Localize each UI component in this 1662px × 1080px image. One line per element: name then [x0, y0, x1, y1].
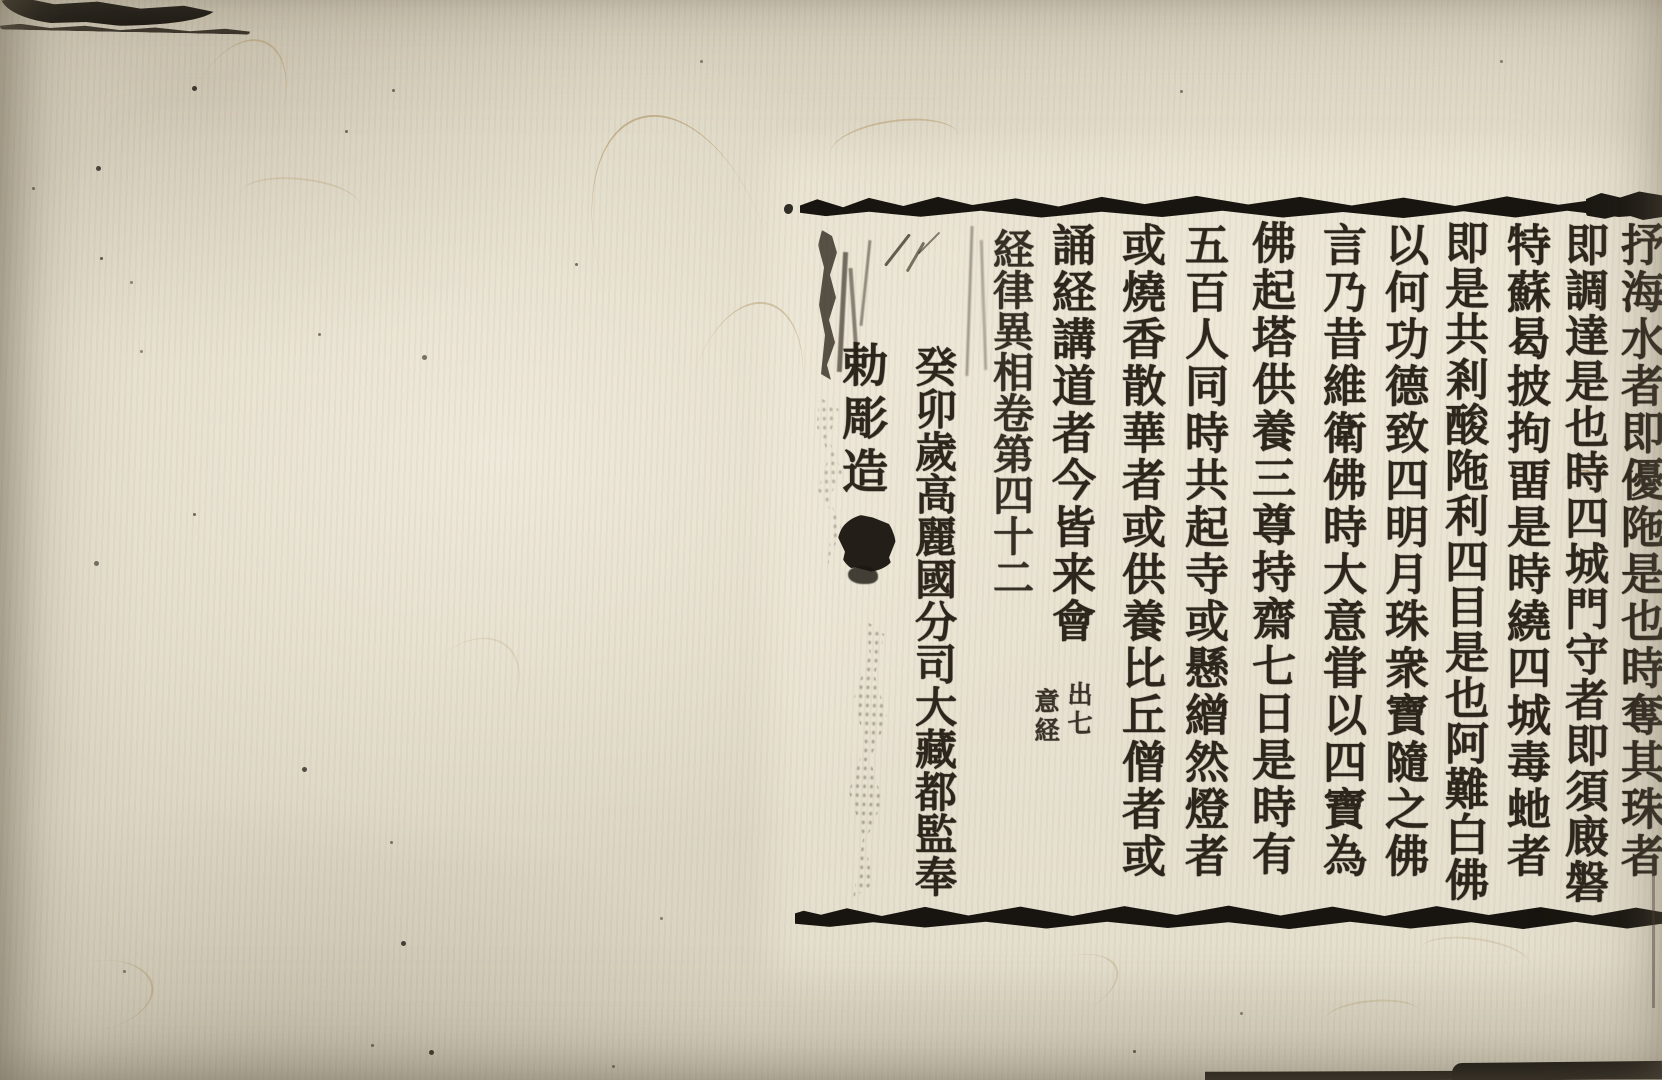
sutra-text-column-4: 即是共剎酸陁利四目是也阿難白佛: [1440, 220, 1484, 903]
source-note-column-left: 意経: [1033, 688, 1058, 746]
sutra-text-column-6: 言乃昔維衛佛時大意甞以四寶為: [1318, 222, 1362, 880]
paper-fiber: [238, 172, 362, 228]
colophon-year-column: 癸卯歲高麗國分司大藏都監奉: [912, 345, 954, 898]
sutra-text-column-8: 五百人同時共起寺或懸繒然燈者: [1180, 222, 1224, 880]
photo-dark-edge-corner: [1452, 1061, 1662, 1080]
sutra-text-column-5: 以何功德致四明月珠衆寶隨之佛: [1380, 222, 1424, 880]
paper-fiber: [1324, 996, 1421, 1036]
colophon-decree-column: 勅彫造: [839, 341, 885, 500]
sheet-edge-line: [1652, 868, 1655, 1008]
sutra-text-column-9: 或燒香散華者或供養比丘僧者或: [1117, 222, 1161, 880]
paper-fiber: [27, 951, 159, 1041]
sutra-text-column-2: 即調達是也時四城門守者即須廄磐: [1560, 222, 1604, 905]
paper-fiber: [163, 23, 307, 198]
sutra-text-column-10: 誦経講道者今皆来會: [1047, 222, 1091, 645]
sutra-text-column-7: 佛起塔供養三尊持齋七日是時有: [1247, 220, 1291, 878]
scroll-end-title-column: 経律異相卷第四十二: [989, 228, 1030, 597]
source-note-column-right: 出七: [1066, 681, 1091, 739]
sutra-text-column-1: 抒海水者即優陁是也時奪其珠者: [1616, 222, 1660, 880]
ink-blob-small: [848, 566, 878, 584]
paper-fiber: [388, 617, 542, 776]
sutra-text-column-3: 特蘇曷披拘畱是時繞四城毒虵者: [1502, 222, 1546, 880]
manuscript-page: 抒海水者即優陁是也時奪其珠者 即調達是也時四城門守者即須廄磐 特蘇曷披拘畱是時繞…: [0, 0, 1662, 1080]
